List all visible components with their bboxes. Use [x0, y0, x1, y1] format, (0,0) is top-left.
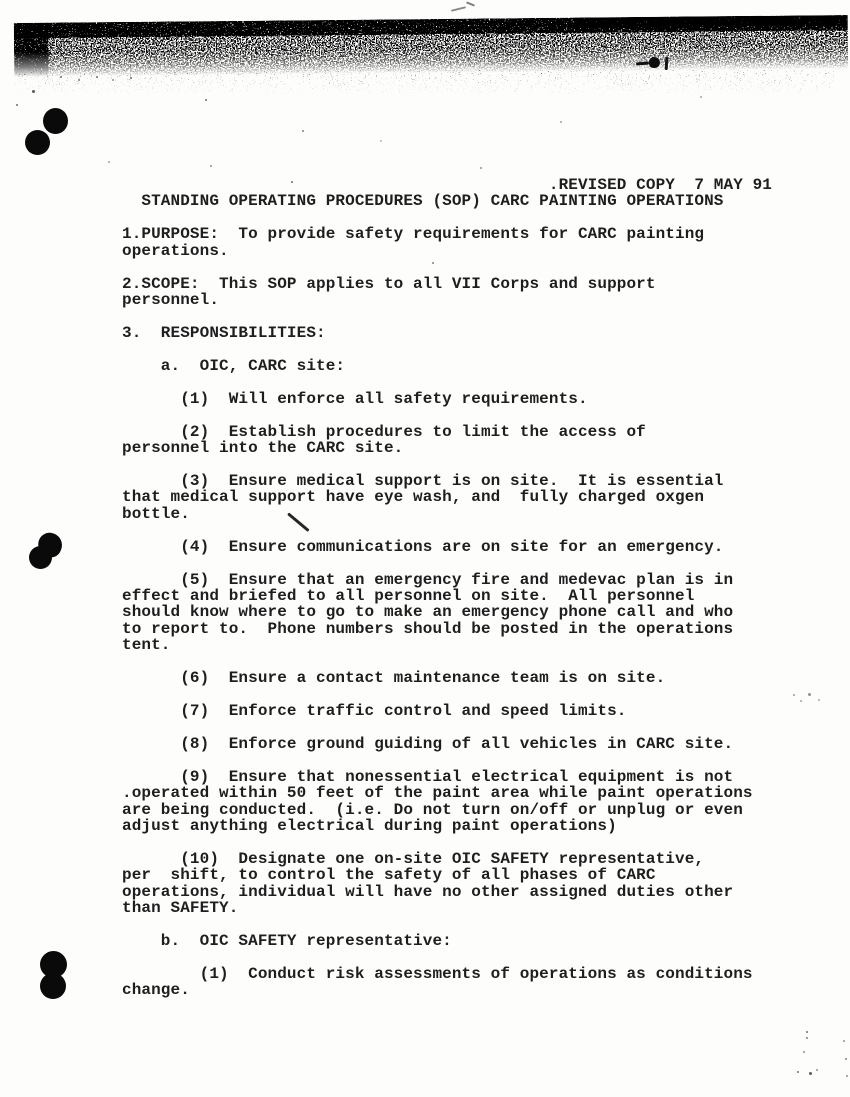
document-line: personnel. [122, 292, 772, 308]
scan-noise-texture [14, 15, 848, 77]
document-line: (2) Establish procedures to limit the ac… [122, 424, 772, 440]
scan-speck [380, 140, 382, 142]
document-line [122, 456, 772, 472]
ink-blob [29, 546, 52, 569]
document-line [122, 654, 772, 670]
scan-speck [846, 1075, 848, 1077]
document-line [122, 374, 772, 390]
pen-scribble-blob [649, 57, 660, 68]
document-line: (4) Ensure communications are on site fo… [122, 539, 772, 555]
document-line: (5) Ensure that an emergency fire and me… [122, 572, 772, 588]
scanned-document-page: .REVISED COPY 7 MAY 91 STANDING OPERATIN… [0, 0, 850, 1097]
scan-speck [96, 76, 98, 78]
document-line: personnel into the CARC site. [122, 440, 772, 456]
ink-blob [25, 130, 50, 155]
scan-speck [808, 693, 811, 696]
document-line: (9) Ensure that nonessential electrical … [122, 769, 772, 785]
scan-speck [130, 77, 132, 79]
document-line [122, 835, 772, 851]
document-line: adjust anything electrical during paint … [122, 818, 772, 834]
document-line [122, 687, 772, 703]
document-line: (10) Designate one on-site OIC SAFETY re… [122, 851, 772, 867]
document-line [122, 210, 772, 226]
document-line [122, 917, 772, 933]
scan-dust-texture [14, 70, 834, 96]
document-line: are being conducted. (i.e. Do not turn o… [122, 802, 772, 818]
document-text: .REVISED COPY 7 MAY 91 STANDING OPERATIN… [122, 177, 772, 999]
document-line: effect and briefed to all personnel on s… [122, 588, 772, 604]
document-line: (3) Ensure medical support is on site. I… [122, 473, 772, 489]
document-line [122, 341, 772, 357]
document-line: STANDING OPERATING PROCEDURES (SOP) CARC… [122, 193, 772, 209]
pen-scribble [636, 56, 672, 72]
document-line: a. OIC, CARC site: [122, 358, 772, 374]
document-line: (7) Enforce traffic control and speed li… [122, 703, 772, 719]
document-line: (1) Will enforce all safety requirements… [122, 391, 772, 407]
scan-speck [797, 1071, 799, 1073]
pencil-mark [451, 6, 466, 12]
document-line: 2.SCOPE: This SOP applies to all VII Cor… [122, 276, 772, 292]
scan-speck [291, 181, 293, 183]
document-line: operations, individual will have no othe… [122, 884, 772, 900]
scan-speck [112, 79, 114, 81]
scan-dust [14, 70, 834, 96]
scan-speck [800, 700, 802, 702]
document-line [122, 259, 772, 275]
document-line: 3. RESPONSIBILITIES: [122, 325, 772, 341]
document-line: change. [122, 982, 772, 998]
document-line: should know where to go to make an emerg… [122, 604, 772, 620]
scan-noise-band [14, 15, 848, 77]
document-line: (8) Enforce ground guiding of all vehicl… [122, 736, 772, 752]
scan-speck [806, 1031, 808, 1033]
document-line [122, 555, 772, 571]
document-line [122, 752, 772, 768]
scan-speck [845, 1058, 847, 1060]
document-line: .operated within 50 feet of the paint ar… [122, 785, 772, 801]
scan-speck [793, 694, 795, 696]
scan-speck [302, 130, 304, 132]
document-line [122, 522, 772, 538]
scan-speck [700, 96, 702, 98]
pencil-mark [466, 1, 475, 6]
document-line: bottle. [122, 506, 772, 522]
document-line: .REVISED COPY 7 MAY 91 [122, 177, 772, 193]
scan-speck [480, 167, 482, 169]
document-line: (6) Ensure a contact maintenance team is… [122, 670, 772, 686]
document-line: (1) Conduct risk assessments of operatio… [122, 966, 772, 982]
scan-speck [432, 262, 434, 264]
document-line [122, 719, 772, 735]
scan-speck [108, 161, 110, 163]
document-line: 1.PURPOSE: To provide safety requirement… [122, 226, 772, 242]
scan-speck [806, 1037, 808, 1039]
pen-scribble-dash [636, 62, 649, 66]
document-line [122, 309, 772, 325]
document-line: operations. [122, 243, 772, 259]
document-line: per shift, to control the safety of all … [122, 867, 772, 883]
scan-speck [205, 99, 207, 101]
scan-speck [843, 1040, 845, 1042]
scan-speck [809, 1072, 812, 1075]
document-line [122, 950, 772, 966]
scan-speck [78, 79, 80, 81]
document-line: than SAFETY. [122, 900, 772, 916]
scan-speck [818, 699, 820, 701]
scan-speck [32, 90, 35, 93]
document-line [122, 407, 772, 423]
scan-speck [803, 1051, 805, 1053]
document-line: that medical support have eye wash, and … [122, 489, 772, 505]
pen-scribble-tick [665, 57, 669, 70]
document-line: tent. [122, 637, 772, 653]
scan-speck [816, 1069, 818, 1071]
document-line: b. OIC SAFETY representative: [122, 933, 772, 949]
ink-blob [43, 108, 68, 134]
scan-speck [60, 76, 62, 78]
scan-speck [210, 165, 212, 167]
document-line: to report to. Phone numbers should be po… [122, 621, 772, 637]
scan-speck [560, 121, 562, 123]
scan-speck [16, 104, 18, 106]
ink-blob [40, 973, 66, 999]
